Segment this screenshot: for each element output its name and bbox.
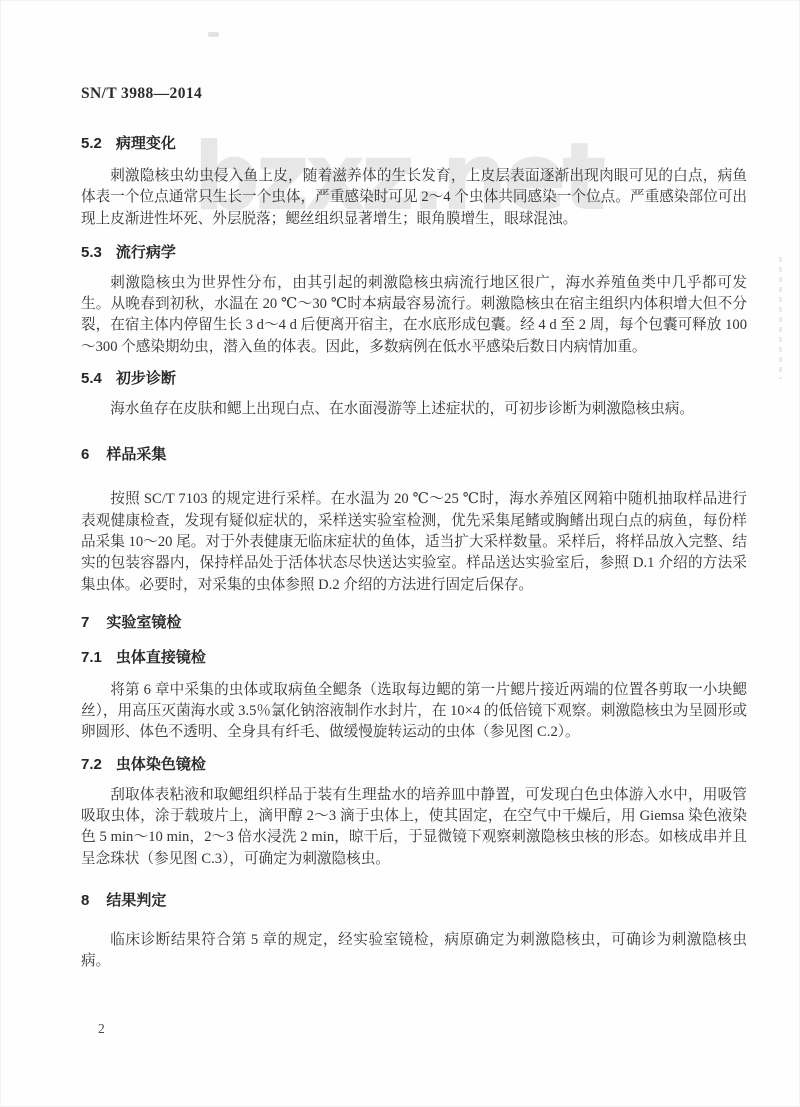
section-number: 7.1 [81,649,102,666]
paragraph: 按照 SC/T 7103 的规定进行采样。在水温为 20 ℃～25 ℃时，海水养… [81,489,747,595]
right-edge-scan-marks [779,257,782,379]
section-title: 病理变化 [116,135,176,152]
scan-speck [208,32,219,37]
section-number: 5.4 [81,370,102,387]
section-heading-7-1: 7.1虫体直接镜检 [81,649,747,666]
section-title: 虫体直接镜检 [116,649,206,666]
section-heading-5-2: 5.2病理变化 [81,135,747,152]
section-title: 初步诊断 [116,370,176,387]
document-page: bzxz.net SN/T 3988—2014 5.2病理变化 刺激隐核虫幼虫侵… [0,0,800,1107]
paragraph: 刺激隐核虫为世界性分布，由其引起的刺激隐核虫病流行地区很广，海水养殖鱼类中几乎都… [81,273,747,358]
section-heading-7: 7实验室镜检 [81,614,747,631]
paragraph: 海水鱼存在皮肤和鳃上出现白点、在水面漫游等上述症状的，可初步诊断为刺激隐核虫病。 [81,399,747,420]
section-heading-8: 8结果判定 [81,892,747,909]
section-number: 6 [81,446,89,463]
section-heading-5-3: 5.3流行病学 [81,244,747,261]
page-content: SN/T 3988—2014 5.2病理变化 刺激隐核虫幼虫侵入鱼上皮，随着滋养… [81,85,747,973]
section-title: 结果判定 [106,892,166,909]
section-number: 5.2 [81,135,102,152]
section-title: 流行病学 [116,244,176,261]
section-number: 8 [81,892,89,909]
section-heading-6: 6样品采集 [81,446,747,463]
section-number: 7 [81,614,89,631]
paragraph: 将第 6 章中采集的虫体或取病鱼全鳃条（选取每边鳃的第一片鳃片接近两端的位置各剪… [81,680,747,744]
doc-number: SN/T 3988—2014 [81,85,747,102]
section-heading-7-2: 7.2虫体染色镜检 [81,756,747,773]
paragraph: 临床诊断结果符合第 5 章的规定，经实验室镜检，病原确定为刺激隐核虫，可确诊为刺… [81,930,747,973]
section-title: 样品采集 [106,446,166,463]
paragraph: 刺激隐核虫幼虫侵入鱼上皮，随着滋养体的生长发育，上皮层表面逐渐出现肉眼可见的白点… [81,166,747,230]
paragraph: 刮取体表粘液和取鳃组织样品于装有生理盐水的培养皿中静置，可发现白色虫体游入水中，… [81,785,747,870]
section-number: 7.2 [81,756,102,773]
section-title: 实验室镜检 [106,614,181,631]
section-title: 虫体染色镜检 [116,756,206,773]
page-number: 2 [98,1021,105,1037]
section-number: 5.3 [81,244,102,261]
section-heading-5-4: 5.4初步诊断 [81,370,747,387]
